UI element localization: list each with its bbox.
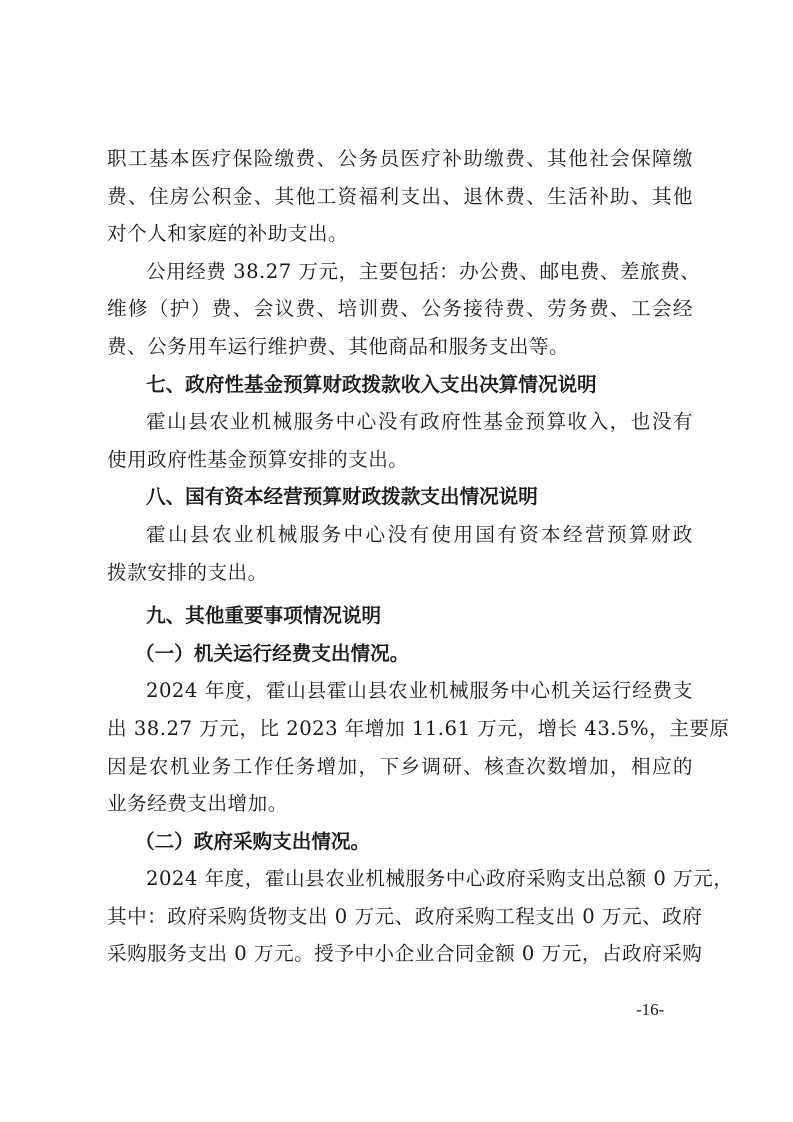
paragraph-line: 使用政府性基金预算安排的支出。 — [107, 441, 693, 479]
paragraph-line: 职工基本医疗保险缴费、公务员医疗补助缴费、其他社会保障缴 — [107, 140, 693, 178]
paragraph-line: 费、住房公积金、其他工资福利支出、退休费、生活补助、其他 — [107, 178, 693, 216]
section-heading-7: 七、政府性基金预算财政拨款收入支出决算情况说明 — [107, 366, 693, 404]
paragraph-line: 业务经费支出增加。 — [107, 785, 693, 823]
section-heading-8: 八、国有资本经营预算财政拨款支出情况说明 — [107, 478, 693, 516]
paragraph-line: 拨款安排的支出。 — [107, 554, 693, 592]
paragraph-line: 费、公务用车运行维护费、其他商品和服务支出等。 — [107, 328, 693, 366]
paragraph-line: 2024 年度，霍山县霍山县农业机械服务中心机关运行经费支 — [107, 672, 693, 710]
section-heading-9: 九、其他重要事项情况说明 — [107, 597, 693, 635]
subsection-heading-1: （一）机关运行经费支出情况。 — [107, 635, 693, 673]
paragraph-line: 霍山县农业机械服务中心没有政府性基金预算收入，也没有 — [107, 403, 693, 441]
paragraph-line: 公用经费 38.27 万元，主要包括：办公费、邮电费、差旅费、 — [107, 253, 693, 291]
paragraph-line: 出 38.27 万元，比 2023 年增加 11.61 万元，增长 43.5%，… — [107, 710, 693, 748]
paragraph-line: 其中：政府采购货物支出 0 万元、政府采购工程支出 0 万元、政府 — [107, 898, 693, 936]
subsection-heading-2: （二）政府采购支出情况。 — [107, 823, 693, 861]
document-page: 职工基本医疗保险缴费、公务员医疗补助缴费、其他社会保障缴 费、住房公积金、其他工… — [107, 140, 693, 973]
paragraph-line: 霍山县农业机械服务中心没有使用国有资本经营预算财政 — [107, 516, 693, 554]
paragraph-line: 采购服务支出 0 万元。授予中小企业合同金额 0 万元，占政府采购 — [107, 935, 693, 973]
paragraph-line: 2024 年度，霍山县农业机械服务中心政府采购支出总额 0 万元， — [107, 860, 693, 898]
paragraph-line: 对个人和家庭的补助支出。 — [107, 215, 693, 253]
page-number: -16- — [636, 1000, 664, 1020]
paragraph-line: 因是农机业务工作任务增加，下乡调研、核查次数增加，相应的 — [107, 748, 693, 786]
paragraph-line: 维修（护）费、会议费、培训费、公务接待费、劳务费、工会经 — [107, 290, 693, 328]
